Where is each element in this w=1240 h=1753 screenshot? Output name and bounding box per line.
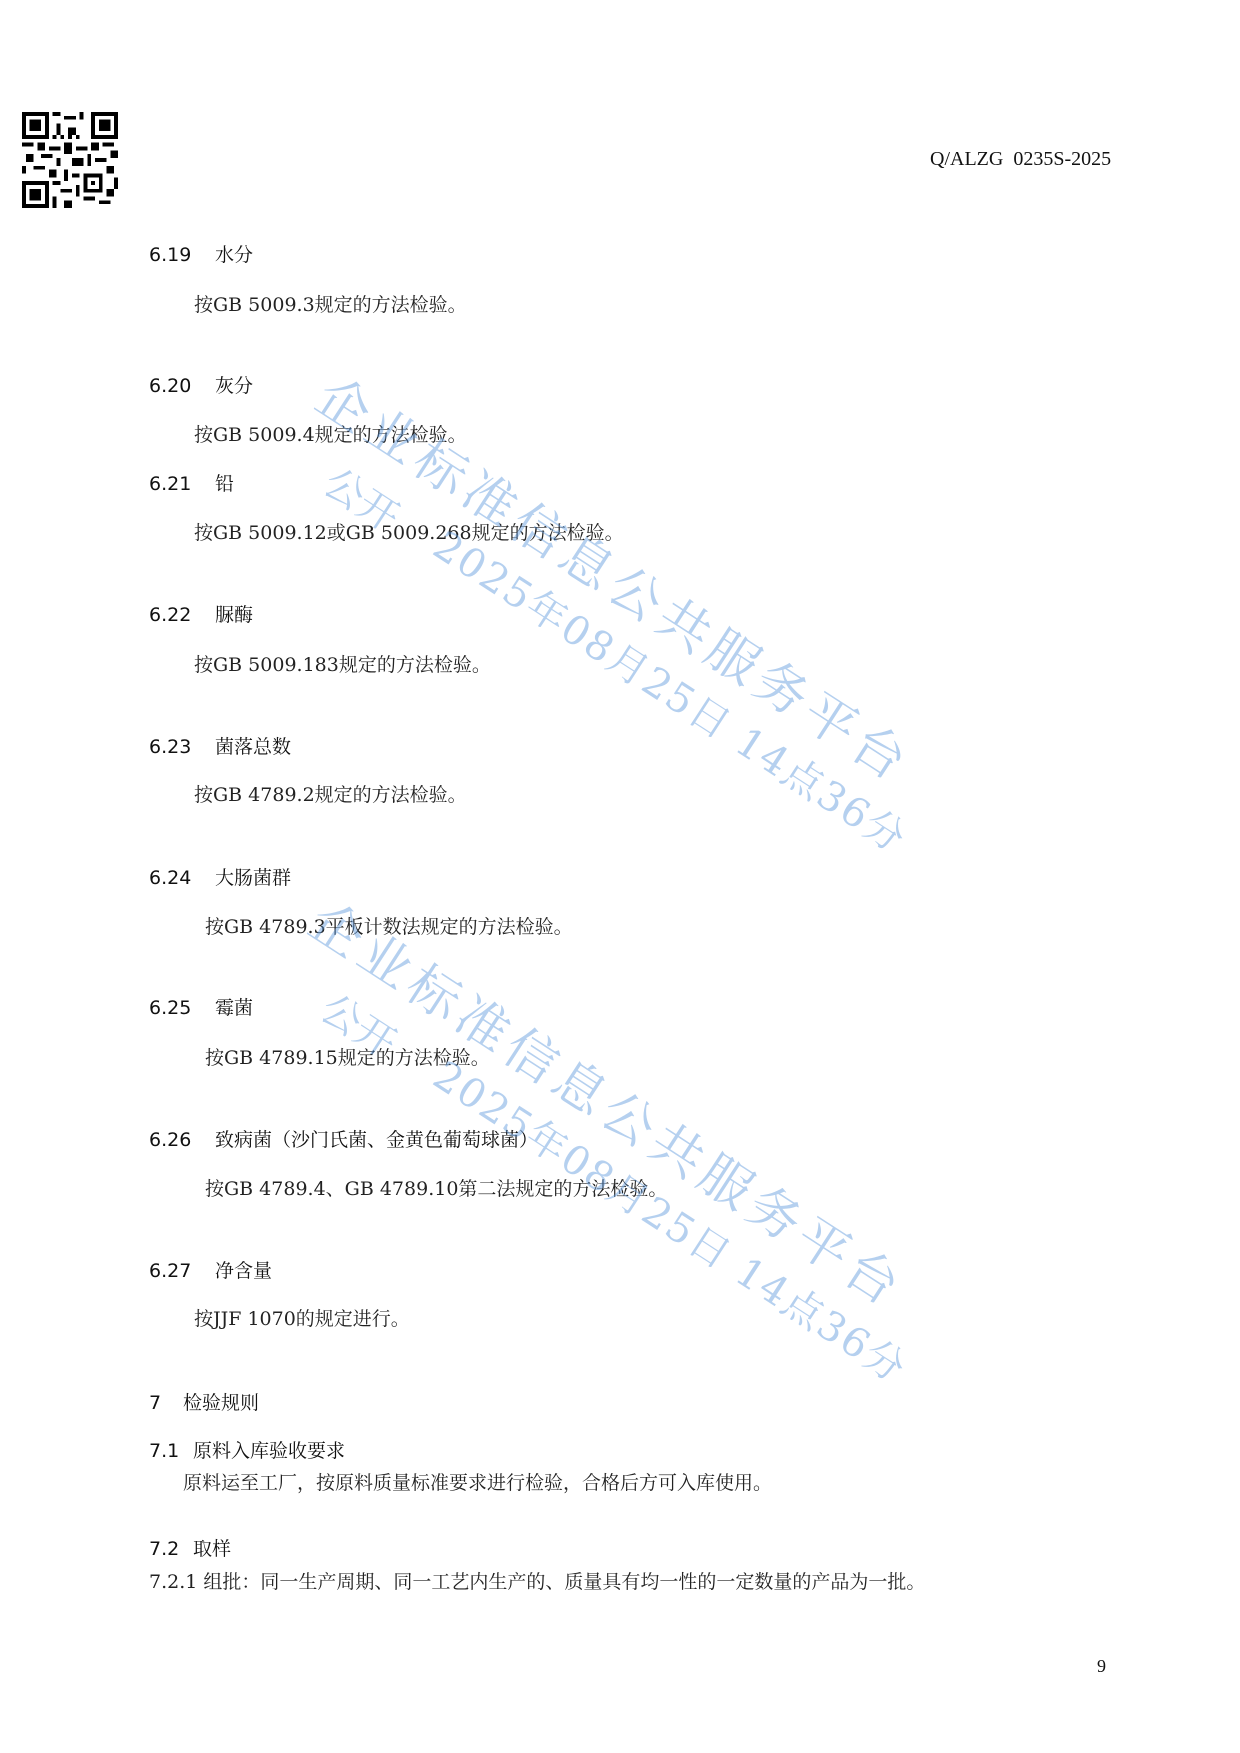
section-heading-6-27: 6.27净含量 bbox=[149, 1256, 272, 1283]
section-heading-6-24: 6.24大肠菌群 bbox=[149, 863, 291, 890]
watermark-platform-text: 企业标准信息公共服务平台 bbox=[297, 880, 922, 1322]
chapter-heading-7: 7检验规则 bbox=[149, 1388, 259, 1415]
section-number: 6.27 bbox=[149, 1260, 215, 1282]
watermark-date-text: 2025年08月25日 14点36分 bbox=[424, 1045, 920, 1395]
section-number: 7.2 bbox=[149, 1538, 193, 1560]
section-heading-6-22: 6.22脲酶 bbox=[149, 600, 253, 627]
section-title: 净含量 bbox=[215, 1260, 272, 1282]
section-title: 铅 bbox=[215, 473, 234, 495]
section-title: 致病菌（沙门氏菌、金黄色葡萄球菌） bbox=[215, 1129, 538, 1151]
section-body-6-27: 按JJF 1070的规定进行。 bbox=[194, 1304, 410, 1331]
section-heading-7-1: 7.1原料入库验收要求 bbox=[149, 1436, 345, 1463]
chapter-number: 7 bbox=[149, 1392, 183, 1414]
section-body-6-19: 按GB 5009.3规定的方法检验。 bbox=[194, 290, 467, 317]
section-number: 6.25 bbox=[149, 997, 215, 1019]
section-number: 6.21 bbox=[149, 473, 215, 495]
clause-7-2-1: 7.2.1 组批：同一生产周期、同一工艺内生产的、质量具有均一性的一定数量的产品… bbox=[149, 1567, 925, 1594]
watermark-date-text: 2025年08月25日 14点36分 bbox=[424, 515, 920, 865]
section-number: 6.23 bbox=[149, 736, 215, 758]
section-title: 原料入库验收要求 bbox=[193, 1440, 345, 1462]
section-title: 脲酶 bbox=[215, 604, 253, 626]
section-body-7-1: 原料运至工厂，按原料质量标准要求进行检验，合格后方可入库使用。 bbox=[183, 1468, 772, 1495]
section-title: 取样 bbox=[193, 1538, 231, 1560]
section-body-6-21: 按GB 5009.12或GB 5009.268规定的方法检验。 bbox=[194, 518, 624, 545]
section-heading-6-26: 6.26致病菌（沙门氏菌、金黄色葡萄球菌） bbox=[149, 1125, 538, 1152]
document-page: Q/ALZG 0235S-2025 6.19水分 按GB 5009.3规定的方法… bbox=[0, 0, 1240, 1753]
section-heading-6-20: 6.20灰分 bbox=[149, 371, 253, 398]
section-heading-6-23: 6.23菌落总数 bbox=[149, 732, 291, 759]
section-number: 6.24 bbox=[149, 867, 215, 889]
section-title: 菌落总数 bbox=[215, 736, 291, 758]
section-title: 霉菌 bbox=[215, 997, 253, 1019]
section-body-6-22: 按GB 5009.183规定的方法检验。 bbox=[194, 650, 491, 677]
section-title: 灰分 bbox=[215, 375, 253, 397]
section-number: 7.1 bbox=[149, 1440, 193, 1462]
section-body-6-20: 按GB 5009.4规定的方法检验。 bbox=[194, 420, 467, 447]
qr-code-icon bbox=[22, 112, 118, 208]
section-title: 大肠菌群 bbox=[215, 867, 291, 889]
section-number: 6.20 bbox=[149, 375, 215, 397]
standard-code: Q/ALZG 0235S-2025 bbox=[930, 148, 1111, 171]
section-number: 6.22 bbox=[149, 604, 215, 626]
section-body-6-25: 按GB 4789.15规定的方法检验。 bbox=[205, 1043, 490, 1070]
chapter-title: 检验规则 bbox=[183, 1392, 259, 1414]
section-heading-6-21: 6.21铅 bbox=[149, 469, 234, 496]
section-body-6-23: 按GB 4789.2规定的方法检验。 bbox=[194, 780, 467, 807]
section-heading-6-19: 6.19水分 bbox=[149, 240, 253, 267]
section-title: 水分 bbox=[215, 244, 253, 266]
section-number: 6.26 bbox=[149, 1129, 215, 1151]
section-body-6-24: 按GB 4789.3平板计数法规定的方法检验。 bbox=[205, 912, 573, 939]
section-heading-6-25: 6.25霉菌 bbox=[149, 993, 253, 1020]
section-body-6-26: 按GB 4789.4、GB 4789.10第二法规定的方法检验。 bbox=[205, 1174, 667, 1201]
section-number: 6.19 bbox=[149, 244, 215, 266]
section-heading-7-2: 7.2取样 bbox=[149, 1534, 231, 1561]
page-number: 9 bbox=[1097, 1656, 1106, 1677]
